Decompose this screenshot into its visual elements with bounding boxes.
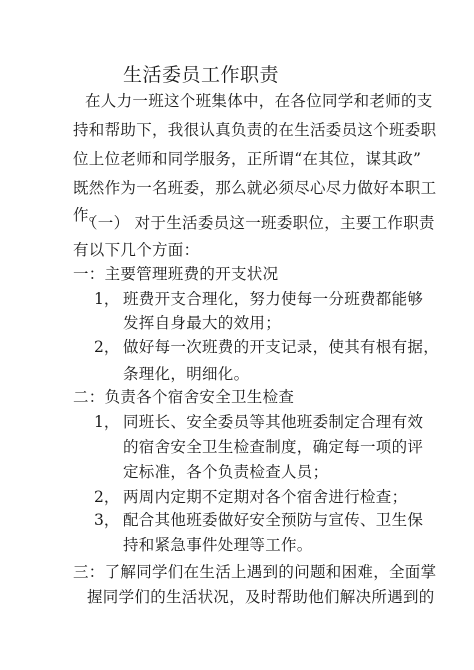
subheading-line: 有以下几个方面： [73, 240, 199, 260]
item-number: 2， [94, 487, 119, 507]
item-number: 3， [94, 510, 119, 530]
item-line: 持和紧急事件处理等工作。 [123, 535, 313, 555]
section-heading: 一：主要管理班费的开支状况 [73, 264, 278, 284]
item-line: 配合其他班委做好安全预防与宣传、卫生保 [123, 510, 423, 530]
section-heading: 三：了解同学们在生活上遇到的问题和困难，全面掌 [73, 562, 436, 582]
intro-line: 位上位老师和同学服务，正所谓“在其位，谋其政” [73, 149, 421, 169]
document-title: 生活委员工作职责 [123, 63, 279, 87]
subheading-line: （一） 对于生活委员这一班委职位，主要工作职责 [82, 213, 435, 233]
item-line: 的宿舍安全卫生检查制度，确定每一项的评 [123, 437, 423, 457]
item-line: 定标准，各个负责检查人员； [123, 462, 328, 482]
item-number: 1， [94, 289, 119, 309]
item-line: 同班长、安全委员等其他班委制定合理有效 [123, 412, 423, 432]
intro-line: 在人力一班这个班集体中，在各位同学和老师的支 [85, 91, 433, 111]
item-line: 班费开支合理化，努力使每一分班费都能够 [123, 289, 423, 309]
intro-line: 既然作为一名班委，那么就必须尽心尽力做好本职工 [73, 178, 436, 198]
item-number: 1， [94, 412, 119, 432]
item-line: 条理化，明细化。 [123, 364, 249, 384]
section-heading: 握同学们的生活状况，及时帮助他们解决所遇到的 [87, 587, 435, 607]
section-heading: 二：负责各个宿舍安全卫生检查 [73, 387, 294, 407]
item-line: 做好每一次班费的开支记录，使其有根有据， [123, 337, 439, 357]
item-line: 两周内定期不定期对各个宿舍进行检查； [123, 487, 407, 507]
item-line: 发挥自身最大的效用； [123, 313, 281, 333]
intro-line: 持和帮助下，我很认真负责的在生活委员这个班委职 [73, 120, 436, 140]
item-number: 2， [94, 337, 119, 357]
